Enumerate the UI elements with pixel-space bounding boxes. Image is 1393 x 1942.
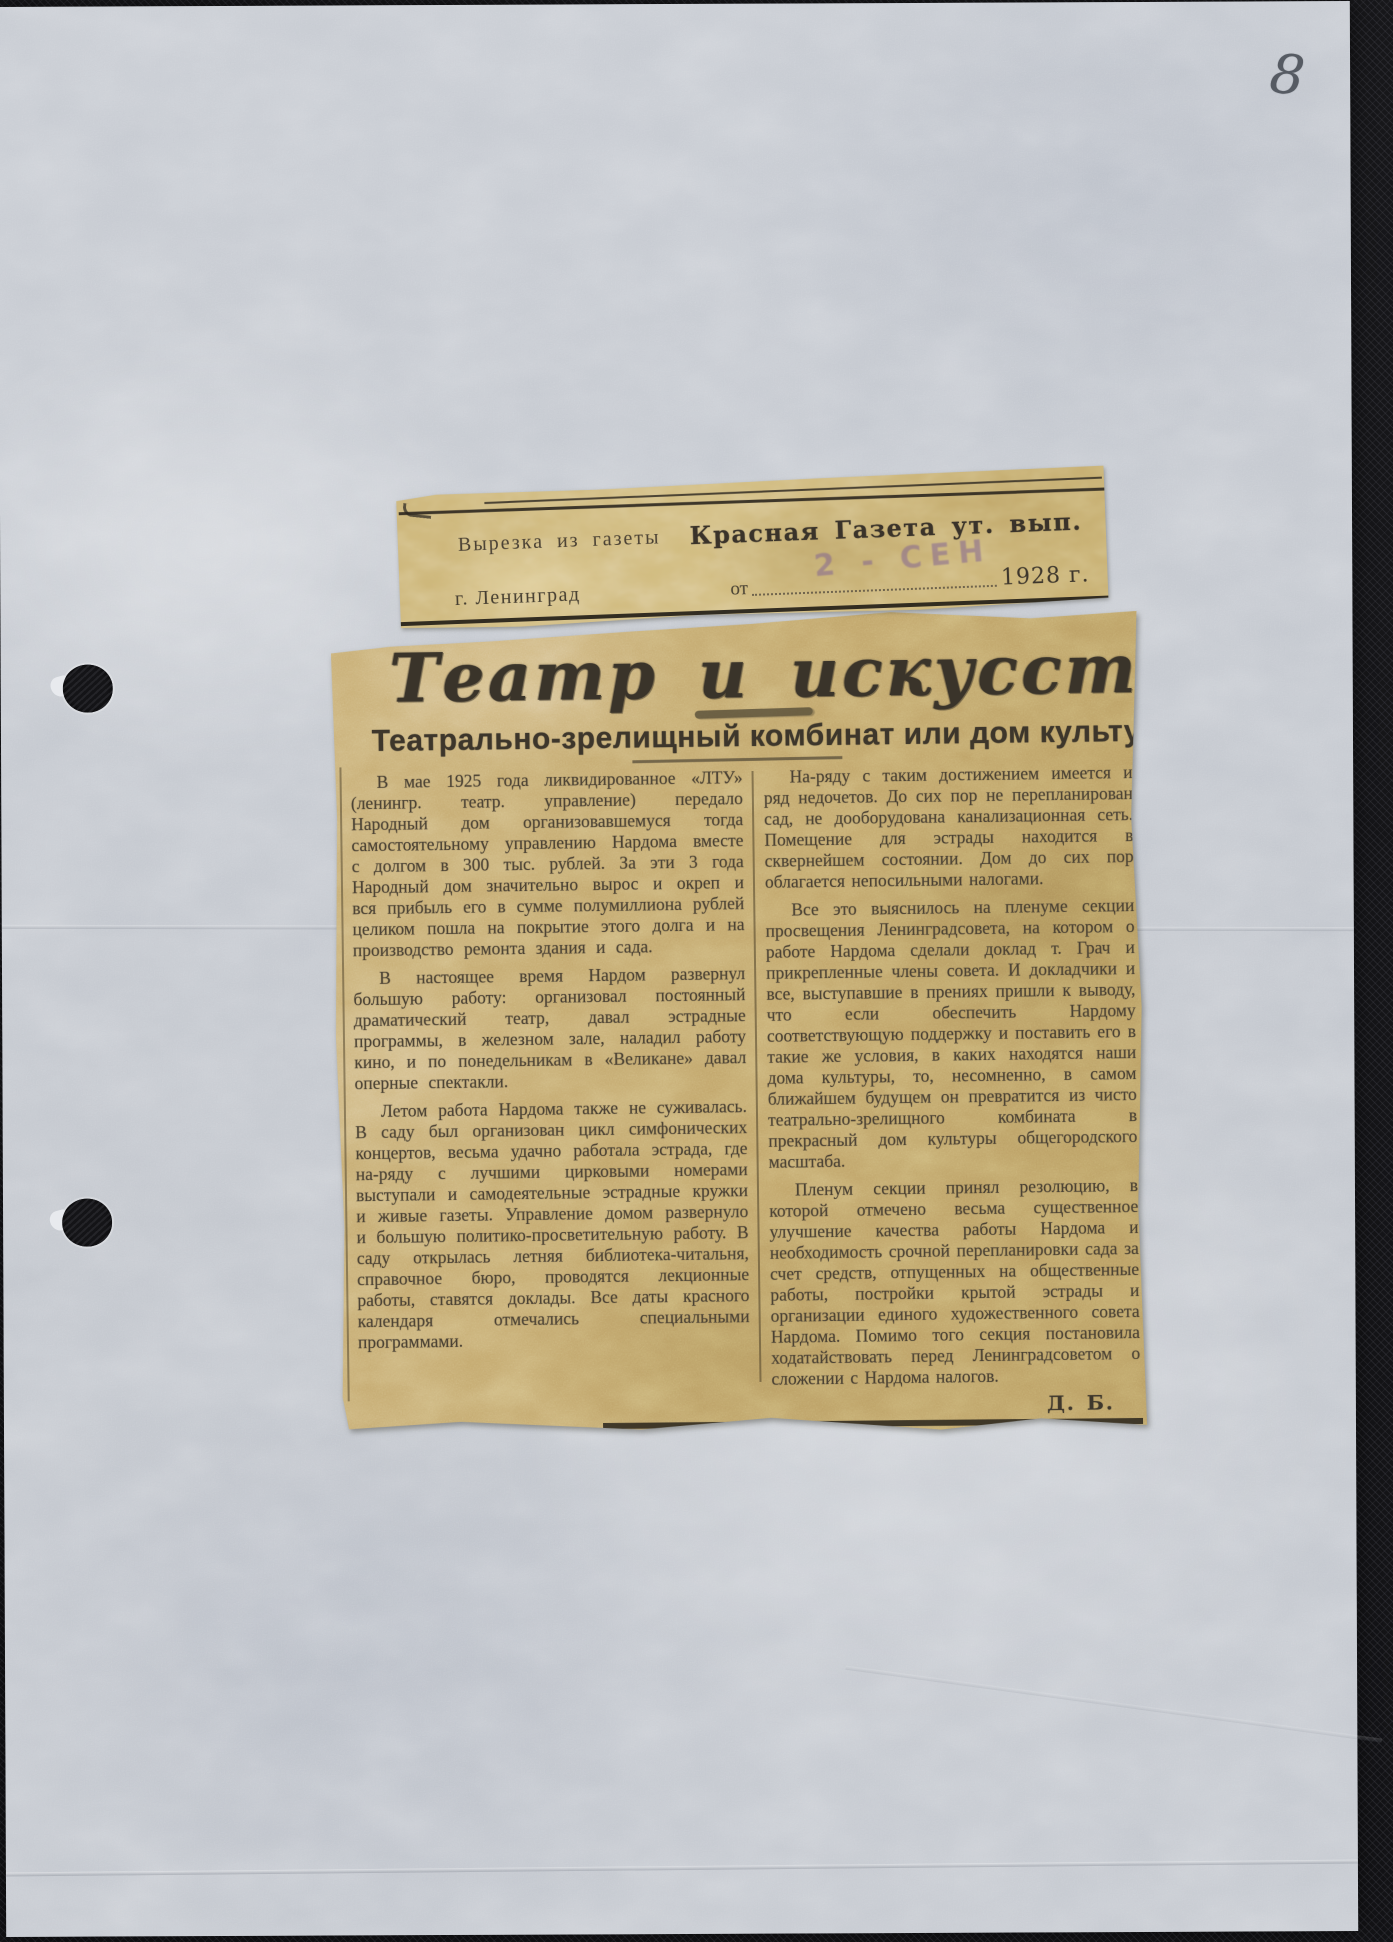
clipping-paper: Театр и искусство Театрально-зрелищный к… <box>330 607 1147 1441</box>
article-paragraph: Летом работа Нардома также не суживалась… <box>355 1096 750 1353</box>
page-number: 8 <box>1267 42 1307 108</box>
article-signature: Д. Б. <box>772 1392 1141 1418</box>
from-label: от <box>730 578 748 601</box>
label-paper: Вырезка из газеты Красная Газета ут. вып… <box>396 466 1109 633</box>
clipping-subtitle: Театрально-зрелищный комбинат или дом ку… <box>371 713 1123 759</box>
newspaper-clipping: Театр и искусство Театрально-зрелищный к… <box>330 607 1147 1441</box>
dotted-leader <box>752 585 997 596</box>
article-column-right: На-ряду с таким достижением имеется и ря… <box>763 762 1141 1422</box>
scan-background: 8 Театр и искусство Театрально-зрелищный… <box>0 0 1393 1942</box>
paper-crease <box>846 1666 1382 1743</box>
hole-punch-bottom <box>62 1198 112 1246</box>
article-paragraph: На-ряду с таким достижением имеется и ря… <box>763 762 1134 893</box>
label-prefix: Вырезка из газеты <box>458 526 661 556</box>
article-paragraph: Все это выяснилось на пленуме секции про… <box>765 895 1138 1173</box>
archive-sheet: 8 Театр и искусство Театрально-зрелищный… <box>0 1 1358 1937</box>
clipping-headline: Театр и искусство <box>389 629 1110 717</box>
year-label: 1928 г. <box>1001 562 1090 590</box>
article-body: В мае 1925 года ликвидированное «ЛТУ» (л… <box>350 762 1141 1427</box>
article-column-left: В мае 1925 года ликвидированное «ЛТУ» (л… <box>350 767 751 1427</box>
article-paragraph: В настоящее время Нардом развернул больш… <box>353 963 747 1094</box>
city-label: г. Ленинград <box>455 583 581 611</box>
subtitle-underline <box>632 756 842 763</box>
paper-crease <box>6 1860 1358 1877</box>
column-left-rule <box>339 767 349 1401</box>
hole-punch-top <box>63 664 113 712</box>
column-divider <box>752 771 762 1382</box>
label-row-source: Вырезка из газеты Красная Газета ут. вып… <box>458 510 1096 557</box>
article-paragraph: Пленум секции принял резолюцию, в которо… <box>769 1175 1141 1390</box>
clipping-source-label: Вырезка из газеты Красная Газета ут. вып… <box>396 466 1109 633</box>
article-paragraph: В мае 1925 года ликвидированное «ЛТУ» (л… <box>350 767 744 961</box>
